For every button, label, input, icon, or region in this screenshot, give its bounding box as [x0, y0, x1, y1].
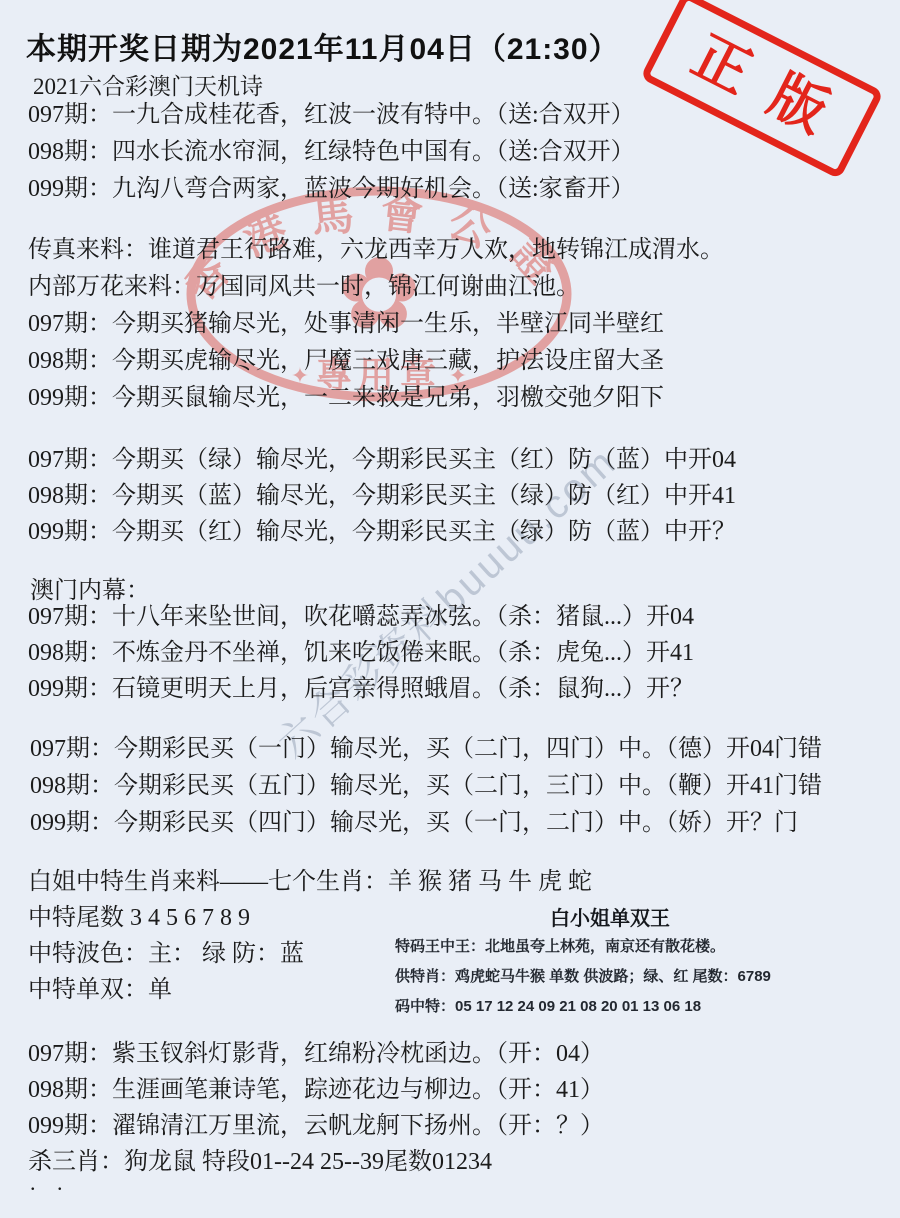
text-line: 098期：今期买虎输尽光，尸魔三戏唐三藏，护法设庄留大圣 — [28, 343, 724, 380]
baixiaojie-box: 白小姐单双王 特码王中王：北地虽夸上林苑，南京还有散花楼。 供特肖：鸡虎蛇马牛猴… — [395, 906, 825, 1022]
text-line: 白姐中特生肖来料——七个生肖：羊 猴 猪 马 牛 虎 蛇 — [28, 864, 592, 900]
text-line: 098期：不炼金丹不坐禅，饥来吃饭倦来眠。（杀：虎兔...）开41 — [28, 635, 694, 671]
section-tianjishi: 097期：一九合成桂花香，红波一波有特中。（送:合双开） 098期：四水长流水帘… — [28, 97, 635, 208]
text-line: 099期：今期买（红）输尽光，今期彩民买主（绿）防（蓝）中开？ — [28, 514, 736, 550]
text-line: 097期：今期买猪输尽光，处事清闲一生乐，半壁江同半壁红 — [28, 306, 724, 343]
text-line: 099期：石镜更明天上月，后宫亲得照蛾眉。（杀：鼠狗...）开？ — [28, 671, 694, 707]
text-line: 099期：今期彩民买（四门）输尽光，买（一门，二门）中。（娇）开？门 — [30, 805, 822, 842]
text-line: 098期：四水长流水帘洞，红绿特色中国有。（送:合双开） — [28, 134, 635, 171]
text-line: 杀三肖：狗龙鼠 特段01--24 25--39尾数01234 — [28, 1144, 604, 1180]
genuine-stamp: 正版 — [640, 0, 884, 180]
text-line: 099期：濯锦清江万里流，云帆龙舸下扬州。（开：？） — [28, 1108, 604, 1144]
section-men: 097期：今期彩民买（一门）输尽光，买（二门，四门）中。（德）开04门错 098… — [30, 731, 822, 842]
footer-dots: . . — [30, 1170, 71, 1196]
text-line: 097期：紫玉钗斜灯影背，红绵粉冷枕函边。（开：04） — [28, 1036, 604, 1072]
text-line: 供特肖：鸡虎蛇马牛猴 单数 供波路；绿、红 尾数：6789 — [395, 962, 825, 992]
text-line: 097期：十八年来坠世间，吹花嚼蕊弄冰弦。（杀：猪鼠...）开04 — [28, 599, 694, 635]
text-line: 097期：一九合成桂花香，红波一波有特中。（送:合双开） — [28, 97, 635, 134]
text-line: 097期：今期彩民买（一门）输尽光，买（二门，四门）中。（德）开04门错 — [30, 731, 822, 768]
text-line: 099期：今期买鼠输尽光，一二来救是兄弟，羽檄交弛夕阳下 — [28, 380, 724, 417]
text-line: 特码王中王：北地虽夸上林苑，南京还有散花楼。 — [395, 932, 825, 962]
text-line: 098期：今期彩民买（五门）输尽光，买（二门，三门）中。（鞭）开41门错 — [30, 768, 822, 805]
section-laile: 传真来料：谁道君王行路难，六龙西幸万人欢，地转锦江成渭水。 内部万花来料：万国同… — [28, 232, 724, 417]
text-line: 098期：生涯画笔兼诗笔，踪迹花边与柳边。（开：41） — [28, 1072, 604, 1108]
section-neimu: 097期：十八年来坠世间，吹花嚼蕊弄冰弦。（杀：猪鼠...）开04 098期：不… — [28, 599, 694, 707]
section-poems: 097期：紫玉钗斜灯影背，红绵粉冷枕函边。（开：04） 098期：生涯画笔兼诗笔… — [28, 1036, 604, 1180]
baixiaojie-title: 白小姐单双王 — [395, 906, 825, 932]
text-line: 传真来料：谁道君王行路难，六龙西幸万人欢，地转锦江成渭水。 — [28, 232, 724, 269]
text-line: 098期：今期买（蓝）输尽光，今期彩民买主（绿）防（红）中开41 — [28, 478, 736, 514]
text-line: 码中特：05 17 12 24 09 21 08 20 01 13 06 18 — [395, 992, 825, 1022]
text-line: 097期：今期买（绿）输尽光，今期彩民买主（红）防（蓝）中开04 — [28, 442, 736, 478]
text-line: 内部万花来料：万国同风共一时，锦江何谢曲江池。 — [28, 269, 724, 306]
page-title: 本期开奖日期为2021年11月04日（21:30） — [26, 24, 620, 68]
section-bose: 097期：今期买（绿）输尽光，今期彩民买主（红）防（蓝）中开04 098期：今期… — [28, 442, 736, 550]
text-line: 099期：九沟八弯合两家，蓝波今期好机会。（送:家畜开） — [28, 171, 635, 208]
lottery-tip-sheet: { "title": "本期开奖日期为2021年11月04日（21:30）", … — [0, 0, 900, 1218]
